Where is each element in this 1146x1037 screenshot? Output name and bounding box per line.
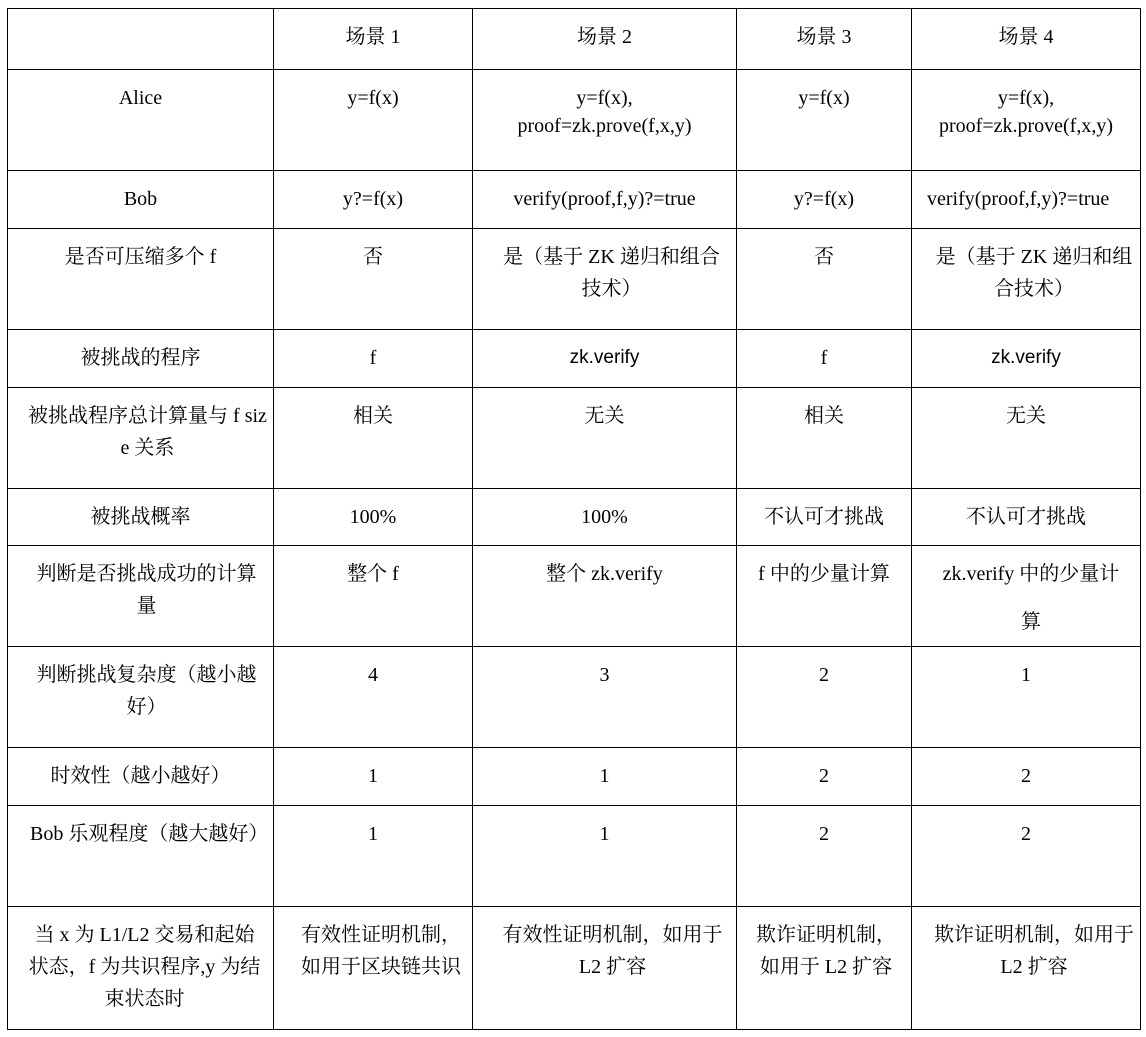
table-cell: zk.verify 中的少量计算: [912, 546, 1141, 647]
table-cell: 无关: [473, 388, 737, 489]
table-row-judge-complexity: 判断挑战复杂度（越小越好） 4 3 2 1: [8, 647, 1141, 748]
table-cell: 1: [274, 806, 473, 907]
row-label: 时效性（越小越好）: [8, 748, 274, 806]
table-cell: f: [737, 330, 912, 388]
row-label: 被挑战程序总计算量与 f size 关系: [8, 388, 274, 489]
cell-line: y=f(x),: [914, 82, 1138, 114]
table-row-judge-compute: 判断是否挑战成功的计算量 整个 f 整个 zk.verify f 中的少量计算 …: [8, 546, 1141, 647]
comparison-table: 场景 1 场景 2 场景 3 场景 4 Alice y=f(x) y=f(x),…: [7, 8, 1141, 1030]
table-cell: 2: [912, 748, 1141, 806]
table-cell: 不认可才挑战: [737, 489, 912, 546]
row-label: 当 x 为 L1/L2 交易和起始状态，f 为共识程序,y 为结束状态时: [8, 907, 274, 1030]
table-cell: 1: [473, 748, 737, 806]
table-row-challenge-probability: 被挑战概率 100% 100% 不认可才挑战 不认可才挑战: [8, 489, 1141, 546]
table-cell: 2: [737, 647, 912, 748]
table-cell: y=f(x): [274, 70, 473, 171]
table-cell: 否: [274, 229, 473, 330]
table-row-alice: Alice y=f(x) y=f(x), proof=zk.prove(f,x,…: [8, 70, 1141, 171]
row-label: 被挑战的程序: [8, 330, 274, 388]
row-label: Bob: [8, 171, 274, 229]
table-cell: 3: [473, 647, 737, 748]
cell-line: y=f(x),: [475, 82, 734, 114]
table-cell: y=f(x), proof=zk.prove(f,x,y): [473, 70, 737, 171]
table-cell: 100%: [473, 489, 737, 546]
table-cell: 100%: [274, 489, 473, 546]
table-cell: 是（基于 ZK 递归和组合技术）: [473, 229, 737, 330]
table-cell: 1: [912, 647, 1141, 748]
table-cell: 相关: [274, 388, 473, 489]
table-cell: y=f(x): [737, 70, 912, 171]
table-cell: 2: [737, 806, 912, 907]
row-label: Bob 乐观程度（越大越好）: [8, 806, 274, 907]
table-row-challenged-program: 被挑战的程序 f zk.verify f zk.verify: [8, 330, 1141, 388]
table-row-compute-vs-size: 被挑战程序总计算量与 f size 关系 相关 无关 相关 无关: [8, 388, 1141, 489]
header-scenario-3: 场景 3: [737, 9, 912, 70]
cell-line: proof=zk.prove(f,x,y): [914, 114, 1138, 138]
table-cell: 无关: [912, 388, 1141, 489]
table-row-bob: Bob y?=f(x) verify(proof,f,y)?=true y?=f…: [8, 171, 1141, 229]
header-row: 场景 1 场景 2 场景 3 场景 4: [8, 9, 1141, 70]
table-cell: 欺诈证明机制，如用于 L2 扩容: [912, 907, 1141, 1030]
table-row-l1-l2-context: 当 x 为 L1/L2 交易和起始状态，f 为共识程序,y 为结束状态时 有效性…: [8, 907, 1141, 1030]
table-cell: 相关: [737, 388, 912, 489]
table-cell: 是（基于 ZK 递归和组合技术）: [912, 229, 1141, 330]
table-cell: 整个 zk.verify: [473, 546, 737, 647]
table-cell: y?=f(x): [274, 171, 473, 229]
table-cell: 2: [912, 806, 1141, 907]
table-cell: 不认可才挑战: [912, 489, 1141, 546]
table-cell: 欺诈证明机制，如用于 L2 扩容: [737, 907, 912, 1030]
table-row-timeliness: 时效性（越小越好） 1 1 2 2: [8, 748, 1141, 806]
table-cell: 2: [737, 748, 912, 806]
header-scenario-4: 场景 4: [912, 9, 1141, 70]
table-cell: 有效性证明机制，如用于区块链共识: [274, 907, 473, 1030]
table-cell: y?=f(x): [737, 171, 912, 229]
table-cell: 1: [274, 748, 473, 806]
table-cell: y=f(x), proof=zk.prove(f,x,y): [912, 70, 1141, 171]
table-cell: verify(proof,f,y)?=true: [912, 171, 1141, 229]
header-scenario-1: 场景 1: [274, 9, 473, 70]
table-cell: 整个 f: [274, 546, 473, 647]
row-label: 判断挑战复杂度（越小越好）: [8, 647, 274, 748]
header-scenario-2: 场景 2: [473, 9, 737, 70]
table-cell: f: [274, 330, 473, 388]
table-cell: zk.verify: [473, 330, 737, 388]
table-row-compressible: 是否可压缩多个 f 否 是（基于 ZK 递归和组合技术） 否 是（基于 ZK 递…: [8, 229, 1141, 330]
row-label: Alice: [8, 70, 274, 171]
table-cell: verify(proof,f,y)?=true: [473, 171, 737, 229]
table-cell: zk.verify: [912, 330, 1141, 388]
table-cell: f 中的少量计算: [737, 546, 912, 647]
row-label: 判断是否挑战成功的计算量: [8, 546, 274, 647]
row-label: 被挑战概率: [8, 489, 274, 546]
table-cell: 否: [737, 229, 912, 330]
table-cell: 1: [473, 806, 737, 907]
table-cell: 有效性证明机制，如用于 L2 扩容: [473, 907, 737, 1030]
cell-line: proof=zk.prove(f,x,y): [475, 114, 734, 138]
header-corner-cell: [8, 9, 274, 70]
table-row-bob-optimism: Bob 乐观程度（越大越好） 1 1 2 2: [8, 806, 1141, 907]
row-label: 是否可压缩多个 f: [8, 229, 274, 330]
table-cell: 4: [274, 647, 473, 748]
